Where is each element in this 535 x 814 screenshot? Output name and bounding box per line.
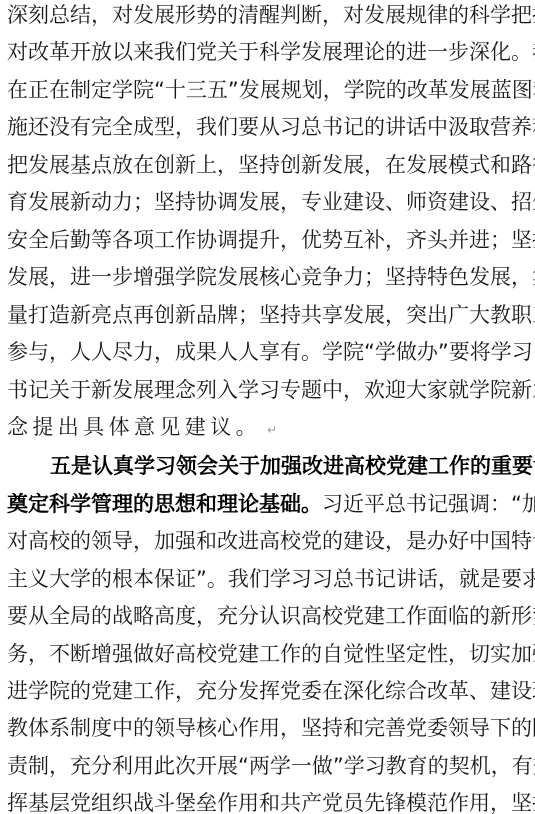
text-line: 教体系制度中的领导核心作用，坚持和完善党委领导下的院长负 — [7, 715, 531, 741]
text-line: 发展，进一步增强学院发展核心竞争力；坚持特色发展，集中力 — [7, 264, 531, 290]
text-line: 要从全局的战略高度，充分认识高校党建工作面临的新形势新任 — [7, 603, 531, 629]
text-line: 挥基层党组织战斗堡垒作用和共产党员先锋模范作用，坚持职业 — [7, 790, 531, 814]
text-line: 书记关于新发展理念列入学习专题中，欢迎大家就学院新发展理 — [7, 377, 531, 403]
text-line: 育发展新动力；坚持协调发展，专业建设、师资建设、招生就业、 — [7, 189, 531, 215]
text-line: 对高校的领导，加强和改进高校党的建设，是办好中国特色社会 — [7, 528, 531, 554]
text-line-last: 念提出具体意见建议。↵ — [7, 414, 531, 440]
text-segment: 念提出具体意见建议。 — [7, 415, 261, 439]
text-line: 主义大学的根本保证”。我们学习习总书记讲话，就是要求我们 — [7, 566, 531, 592]
text-line: 安全后勤等各项工作协调提升，优势互补，齐头并进；坚持内涵 — [7, 227, 531, 253]
paragraph-mark-icon: ↵ — [267, 423, 277, 437]
text-line: 对改革开放以来我们党关于科学发展理论的进一步深化。我们现 — [7, 39, 531, 65]
text-line: 在正在制定学院“十三五”发展规划，学院的改革发展蓝图和措 — [7, 77, 531, 103]
section-heading-continuation: 奠定科学管理的思想和理论基础。 — [7, 491, 322, 516]
text-line: 进学院的党建工作，充分发挥党委在深化综合改革、建设现代职 — [7, 678, 531, 704]
document-page: 深刻总结，对发展形势的清醒判断，对发展规律的科学把握，是 对改革开放以来我们党关… — [0, 0, 535, 814]
text-line: 把发展基点放在创新上，坚持创新发展，在发展模式和路径上培 — [7, 152, 531, 178]
text-line: 责制，充分利用此次开展“两学一做”学习教育的契机，有效发 — [7, 753, 531, 779]
text-line: 施还没有完全成型，我们要从习总书记的讲话中汲取营养和灵感 — [7, 114, 531, 140]
text-line: 务，不断增强做好高校党建工作的自觉性坚定性，切实加强和改 — [7, 641, 531, 667]
section-heading: 五是认真学习领会关于加强改进高校党建工作的重要论述， — [50, 453, 531, 479]
text-line-mixed: 奠定科学管理的思想和理论基础。习近平总书记强调：“加强党 — [7, 491, 531, 517]
text-line: 深刻总结，对发展形势的清醒判断，对发展规律的科学把握，是 — [7, 2, 531, 28]
text-line: 参与，人人尽力，成果人人享有。学院“学做办”要将学习习总 — [7, 339, 531, 365]
text-segment: 习近平总书记强调：“加强党 — [322, 492, 535, 516]
text-line: 量打造新亮点再创新品牌；坚持共享发展，突出广大教职工人人 — [7, 302, 531, 328]
